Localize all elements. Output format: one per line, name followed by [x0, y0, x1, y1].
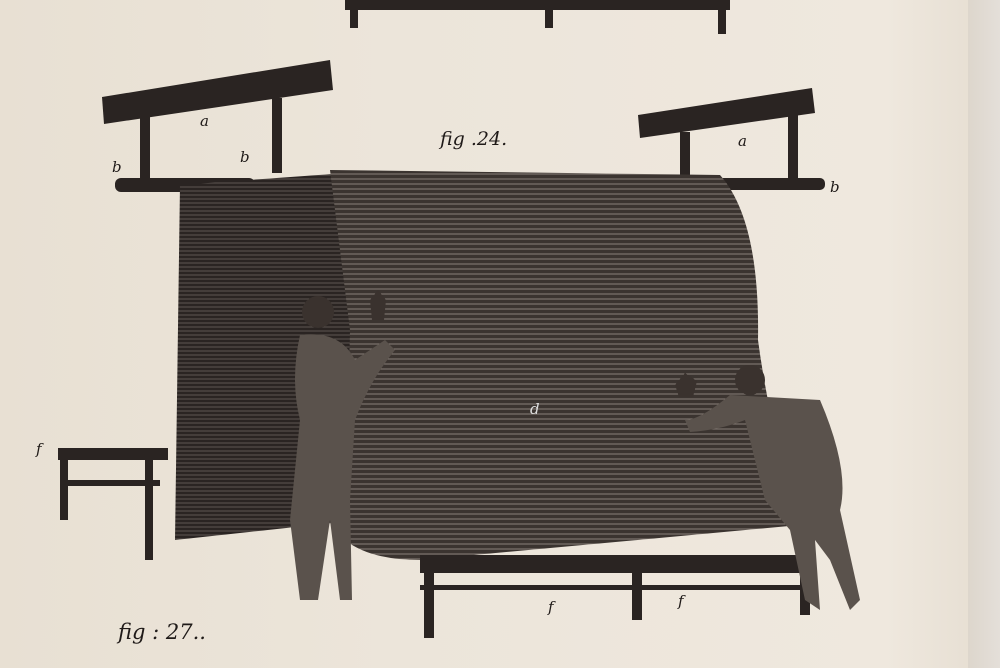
part-label-f-left: f — [36, 440, 42, 458]
part-label-b-right: b — [830, 178, 840, 196]
part-label-d: d — [530, 400, 540, 418]
cloth-main — [330, 170, 800, 560]
top-frame — [345, 0, 730, 34]
part-label-a-right: a — [738, 132, 747, 150]
part-label-a-left: a — [200, 112, 209, 130]
figure-label-24: fig .24. — [440, 128, 507, 150]
part-label-b-center: b — [240, 148, 250, 166]
engraving-illustration — [0, 0, 1000, 668]
part-label-b-left: b — [112, 158, 122, 176]
part-label-f-center: f — [548, 598, 554, 616]
figure-label-27: fig : 27.. — [118, 620, 206, 644]
left-bench — [58, 448, 168, 560]
front-frame — [420, 555, 810, 638]
part-label-f-right: f — [678, 592, 684, 610]
